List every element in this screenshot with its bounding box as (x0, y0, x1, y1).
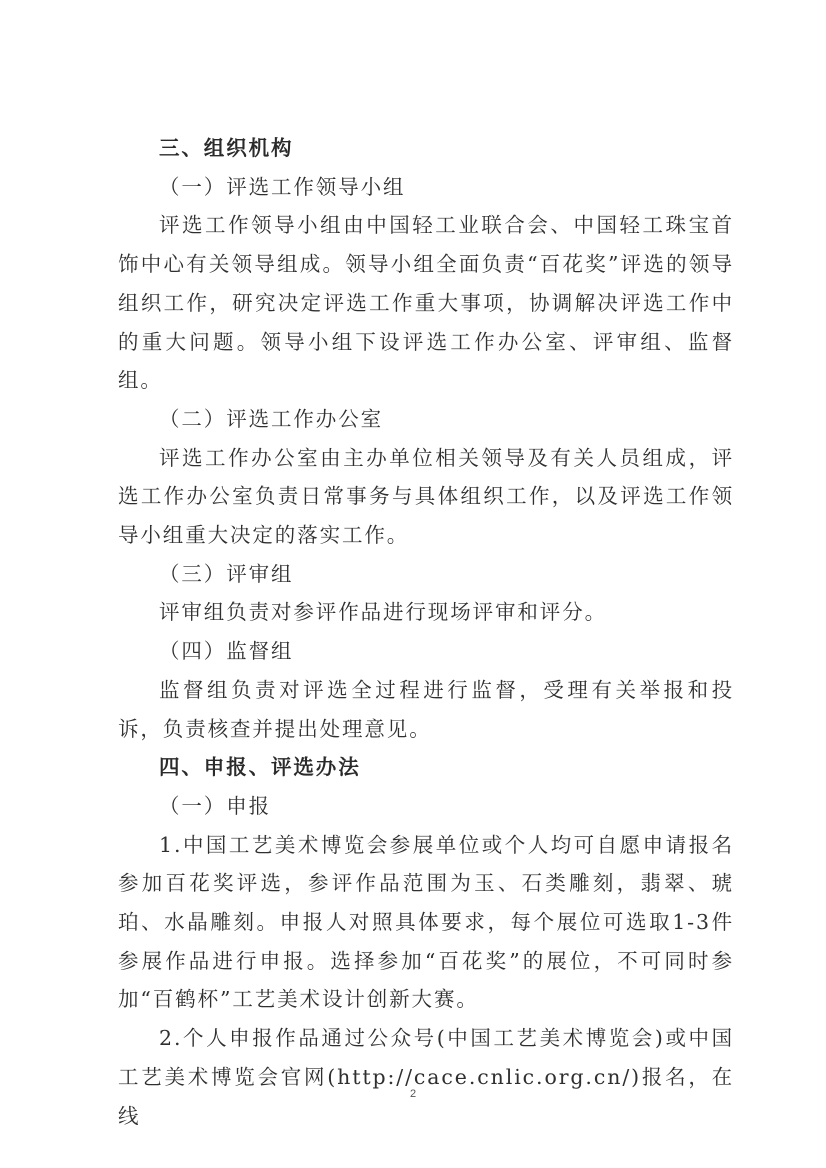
paragraph-supervision-group: 监督组负责对评选全过程进行监督，受理有关举报和投诉，负责核查并提出处理意见。 (118, 671, 734, 748)
subheading-leadership-group: （一）评选工作领导小组 (118, 168, 734, 207)
subheading-review-group: （三）评审组 (118, 555, 734, 594)
paragraph-application-item-1: 1.中国工艺美术博览会参展单位或个人均可自愿申请报名参加百花奖评选，参评作品范围… (118, 826, 734, 1020)
subheading-application: （一）申报 (118, 787, 734, 826)
page-number: 2 (0, 1088, 826, 1100)
paragraph-application-item-2: 2.个人申报作品通过公众号(中国工艺美术博览会)或中国工艺美术博览会官网(htt… (118, 1019, 734, 1135)
paragraph-office: 评选工作办公室由主办单位相关领导及有关人员组成，评选工作办公室负责日常事务与具体… (118, 439, 734, 555)
subheading-supervision-group: （四）监督组 (118, 632, 734, 671)
paragraph-review-group: 评审组负责对参评作品进行现场评审和评分。 (118, 593, 734, 632)
document-body: 三、组织机构 （一）评选工作领导小组 评选工作领导小组由中国轻工业联合会、中国轻… (118, 129, 734, 1135)
section-heading-organization: 三、组织机构 (118, 129, 734, 168)
subheading-office: （二）评选工作办公室 (118, 400, 734, 439)
section-heading-application: 四、申报、评选办法 (118, 748, 734, 787)
document-page: 三、组织机构 （一）评选工作领导小组 评选工作领导小组由中国轻工业联合会、中国轻… (0, 0, 826, 1168)
paragraph-leadership-group: 评选工作领导小组由中国轻工业联合会、中国轻工珠宝首饰中心有关领导组成。领导小组全… (118, 206, 734, 400)
